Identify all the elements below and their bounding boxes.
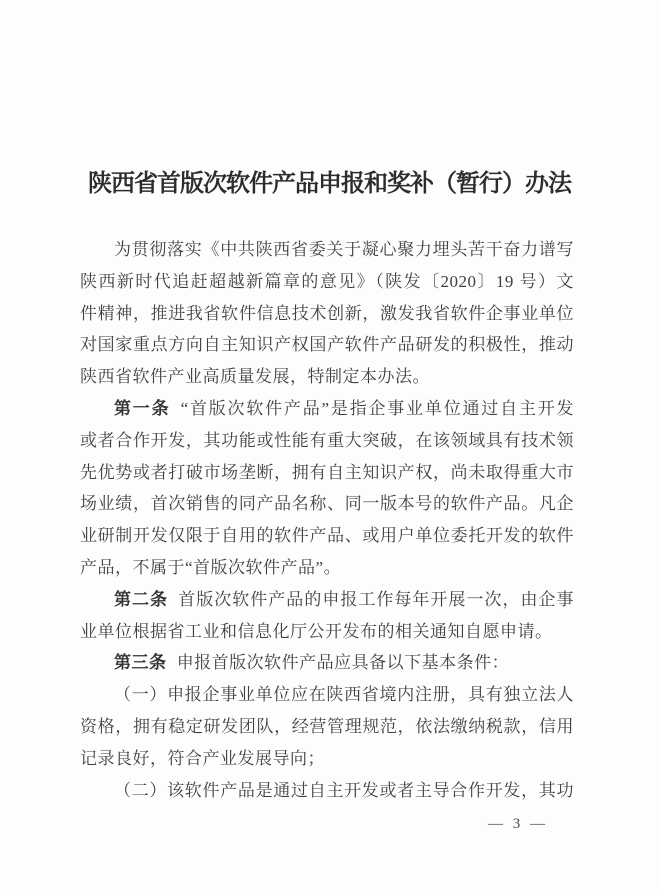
paragraph-line: 陕西省软件产业高质量发展，特制定本办法。	[80, 361, 574, 393]
document-title: 陕西省首版次软件产品申报和奖补（暂行）办法	[0, 163, 659, 198]
paragraph-line: 为贯彻落实《中共陕西省委关于凝心聚力埋头苦干奋力谱写	[80, 234, 574, 266]
paragraph-line: 陕西新时代追赶超越新篇章的意见》（陕发〔2020〕19 号）文	[80, 266, 574, 298]
line-text: 陕西省软件产业高质量发展，特制定本办法。	[80, 367, 430, 386]
line-text: （一）申报企事业单位应在陕西省境内注册，具有独立法人	[114, 685, 574, 704]
article-label: 第二条	[114, 590, 168, 609]
paragraph-line: 对国家重点方向自主知识产权国产软件产品研发的积极性，推动	[80, 329, 574, 361]
paragraph-line: 产品，不属于“首版次软件产品”。	[80, 552, 574, 584]
paragraph-line: 第三条申报首版次软件产品应具备以下基本条件：	[80, 647, 574, 679]
paragraph-line: 先优势或者打破市场垄断，拥有自主知识产权，尚未取得重大市	[80, 457, 574, 489]
paragraph-line: 场业绩，首次销售的同产品名称、同一版本号的软件产品。凡企	[80, 488, 574, 520]
paragraph-line: （一）申报企事业单位应在陕西省境内注册，具有独立法人	[80, 679, 574, 711]
line-text: 对国家重点方向自主知识产权国产软件产品研发的积极性，推动	[80, 335, 574, 354]
line-text: 申报首版次软件产品应具备以下基本条件：	[177, 653, 510, 672]
line-text: 业研制开发仅限于自用的软件产品、或用户单位委托开发的软件	[80, 526, 574, 545]
article-label: 第三条	[114, 653, 167, 672]
paragraph-line: 业研制开发仅限于自用的软件产品、或用户单位委托开发的软件	[80, 520, 574, 552]
page-number: — 3 —	[488, 816, 548, 833]
article-label: 第一条	[114, 399, 170, 418]
line-text: 产品，不属于“首版次软件产品”。	[80, 558, 341, 577]
paragraph-line: 件精神，推进我省软件信息技术创新，激发我省软件企事业单位	[80, 298, 574, 330]
document-page: 陕西省首版次软件产品申报和奖补（暂行）办法 为贯彻落实《中共陕西省委关于凝心聚力…	[0, 0, 659, 894]
paragraph-line: 或者合作开发，其功能或性能有重大突破，在该领域具有技术领	[80, 425, 574, 457]
paragraph-line: （二）该软件产品是通过自主开发或者主导合作开发，其功	[80, 775, 574, 807]
line-text: 首版次软件产品的申报工作每年开展一次，由企事	[178, 590, 574, 609]
line-text: 先优势或者打破市场垄断，拥有自主知识产权，尚未取得重大市	[80, 463, 574, 482]
paragraph-line: 业单位根据省工业和信息化厅公开发布的相关通知自愿申请。	[80, 616, 574, 648]
paragraph-line: 资格，拥有稳定研发团队，经营管理规范，依法缴纳税款，信用	[80, 711, 574, 743]
paragraph-line: 第二条首版次软件产品的申报工作每年开展一次，由企事	[80, 584, 574, 616]
line-text: 场业绩，首次销售的同产品名称、同一版本号的软件产品。凡企	[80, 494, 574, 513]
line-text: 陕西新时代追赶超越新篇章的意见》（陕发〔2020〕19 号）文	[80, 272, 574, 291]
document-body: 为贯彻落实《中共陕西省委关于凝心聚力埋头苦干奋力谱写 陕西新时代追赶超越新篇章的…	[80, 234, 574, 806]
line-text: 或者合作开发，其功能或性能有重大突破，在该领域具有技术领	[80, 431, 574, 450]
line-text: 资格，拥有稳定研发团队，经营管理规范，依法缴纳税款，信用	[80, 717, 574, 736]
line-text: 件精神，推进我省软件信息技术创新，激发我省软件企事业单位	[80, 304, 574, 323]
line-text: “首版次软件产品”是指企事业单位通过自主开发	[181, 399, 574, 418]
paragraph-line: 第一条“首版次软件产品”是指企事业单位通过自主开发	[80, 393, 574, 425]
line-text: 为贯彻落实《中共陕西省委关于凝心聚力埋头苦干奋力谱写	[114, 240, 574, 259]
paragraph-line: 记录良好，符合产业发展导向；	[80, 743, 574, 775]
line-text: 业单位根据省工业和信息化厅公开发布的相关通知自愿申请。	[80, 622, 553, 641]
line-text: （二）该软件产品是通过自主开发或者主导合作开发，其功	[114, 781, 574, 800]
line-text: 记录良好，符合产业发展导向；	[80, 749, 325, 768]
